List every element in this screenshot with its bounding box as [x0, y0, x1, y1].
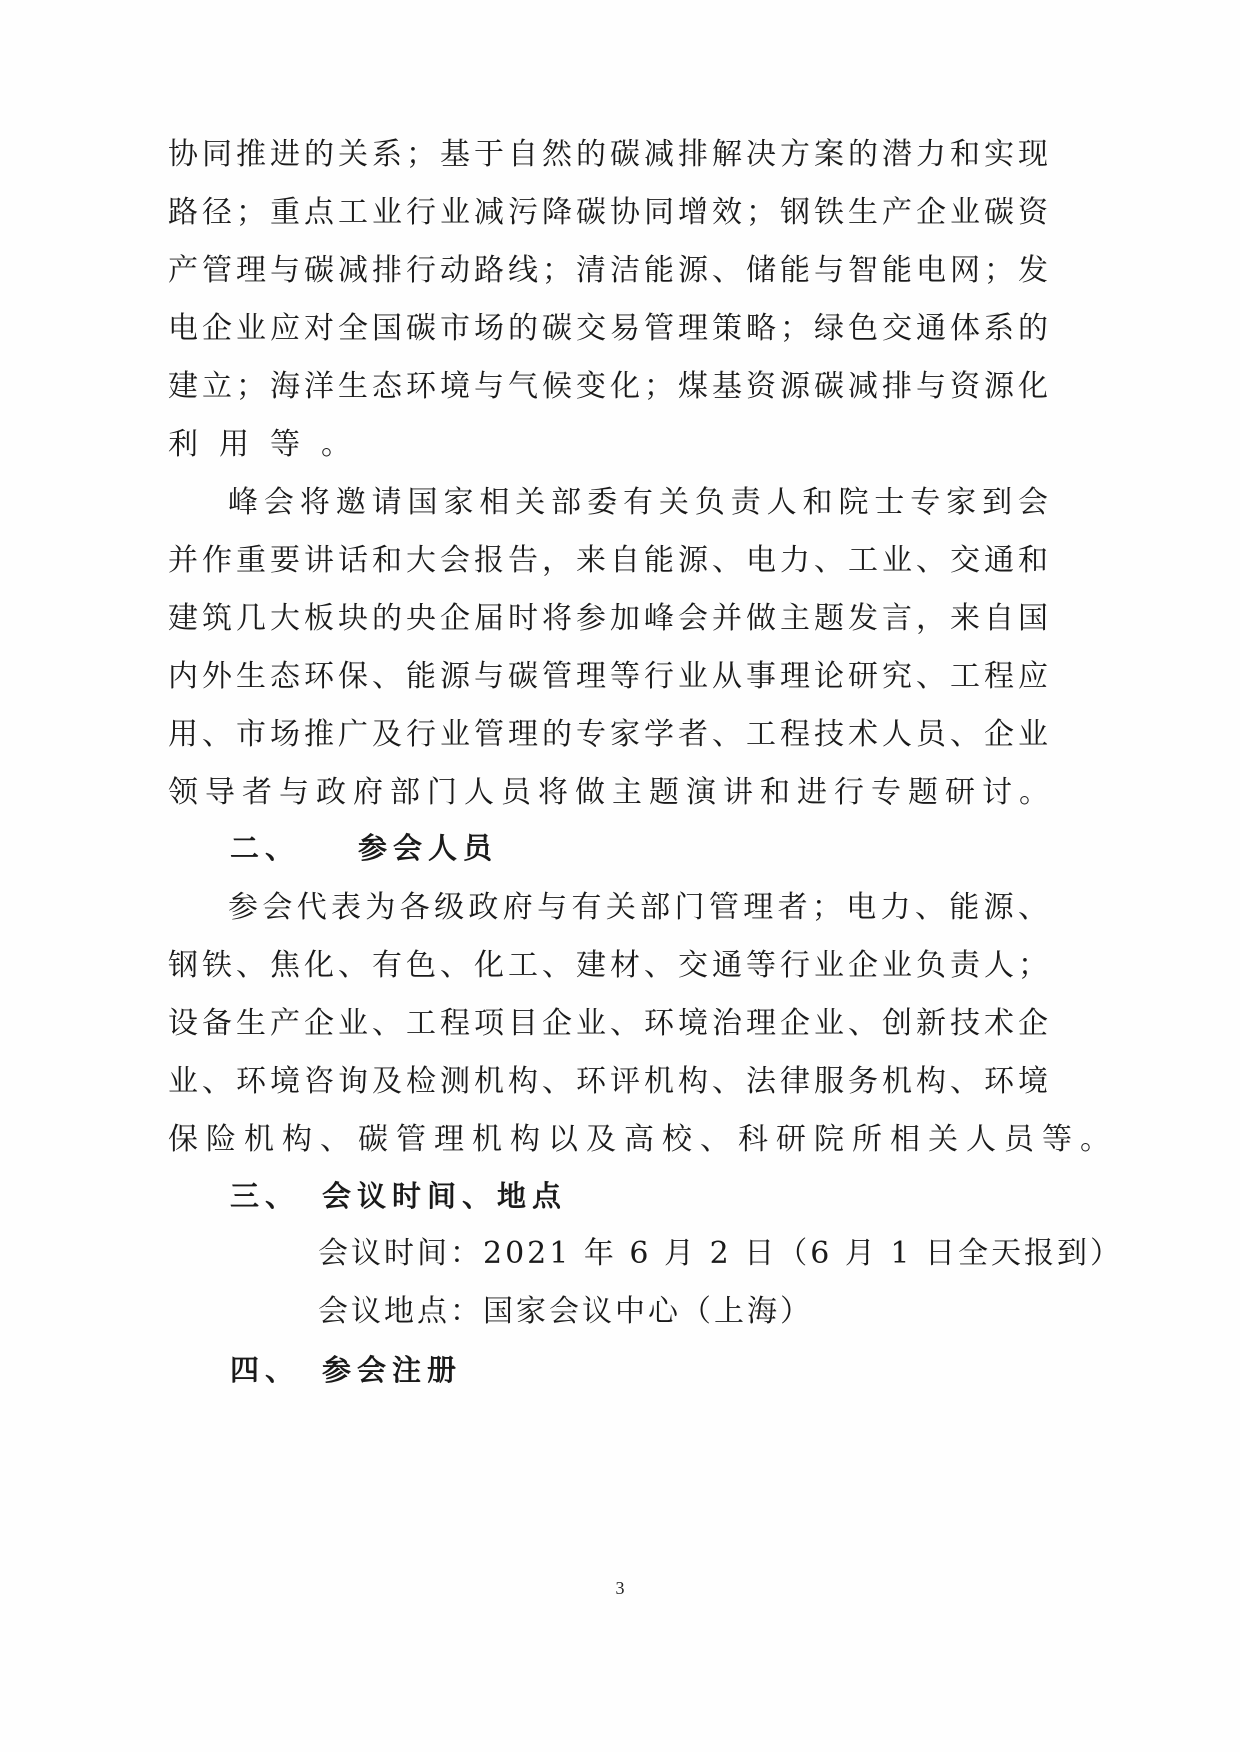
paragraph-2-line-1: 峰会将邀请国家相关部委有关负责人和院士专家到会 — [228, 483, 1048, 523]
paragraph-1-line-3: 产管理与碳减排行动路线；清洁能源、储能与智能电网；发 — [168, 251, 1048, 291]
section-2-number: 二、 — [230, 828, 300, 868]
paragraph-3-line-2: 钢铁、焦化、有色、化工、建材、交通等行业企业负责人； — [168, 946, 1048, 986]
paragraph-1-line-5: 建立；海洋生态环境与气候变化；煤基资源碳减排与资源化 — [168, 367, 1048, 407]
paragraph-3-line-1: 参会代表为各级政府与有关部门管理者；电力、能源、 — [228, 888, 1048, 928]
paragraph-3-line-4: 业、环境咨询及检测机构、环评机构、法律服务机构、环境 — [168, 1062, 1048, 1102]
paragraph-2-line-2: 并作重要讲话和大会报告，来自能源、电力、工业、交通和 — [168, 541, 1048, 581]
meeting-time: 会议时间：2021 年 6 月 2 日（6 月 1 日全天报到） — [318, 1234, 1123, 1274]
paragraph-2-line-3: 建筑几大板块的央企届时将参加峰会并做主题发言，来自国 — [168, 599, 1048, 639]
paragraph-2-line-5: 用、市场推广及行业管理的专家学者、工程技术人员、企业 — [168, 715, 1048, 755]
paragraph-1-line-2: 路径；重点工业行业减污降碳协同增效；钢铁生产企业碳资 — [168, 193, 1048, 233]
paragraph-3-line-3: 设备生产企业、工程项目企业、环境治理企业、创新技术企 — [168, 1004, 1048, 1044]
section-4-heading: 四、 参会注册 — [230, 1350, 830, 1390]
paragraph-3-line-5: 保险机构、碳管理机构以及高校、科研院所相关人员等。 — [168, 1120, 1118, 1160]
section-2-title: 参会人员 — [358, 828, 498, 868]
section-4-number: 四、 — [230, 1350, 300, 1390]
paragraph-1-line-4: 电企业应对全国碳市场的碳交易管理策略；绿色交通体系的 — [168, 309, 1048, 349]
document-page: 协同推进的关系；基于自然的碳减排解决方案的潜力和实现 路径；重点工业行业减污降碳… — [0, 0, 1240, 1752]
section-2-heading: 二、 参会人员 — [230, 828, 830, 868]
paragraph-1-line-1: 协同推进的关系；基于自然的碳减排解决方案的潜力和实现 — [168, 135, 1048, 175]
section-3-number: 三、 — [230, 1176, 300, 1216]
section-3-title: 会议时间、地点 — [322, 1176, 567, 1216]
paragraph-2-line-4: 内外生态环保、能源与碳管理等行业从事理论研究、工程应 — [168, 657, 1048, 697]
meeting-place: 会议地点：国家会议中心（上海） — [318, 1292, 813, 1332]
paragraph-2-line-6: 领导者与政府部门人员将做主题演讲和进行专题研讨。 — [168, 773, 1056, 813]
paragraph-1-line-6: 利用等。 — [168, 425, 372, 465]
section-3-heading: 三、 会议时间、地点 — [230, 1176, 830, 1216]
section-4-title: 参会注册 — [322, 1350, 462, 1390]
page-number: 3 — [0, 1578, 1240, 1599]
